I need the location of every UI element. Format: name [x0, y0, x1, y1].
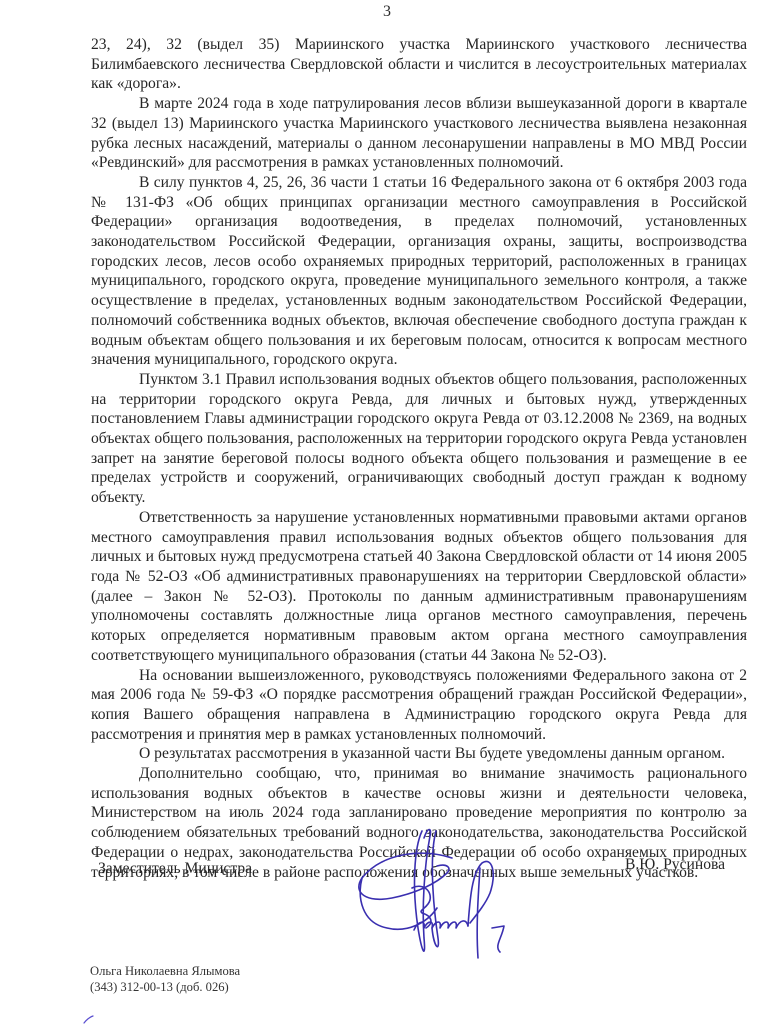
signatory-position: Заместитель Министра — [98, 860, 252, 878]
paragraph-1: 23, 24), 32 (выдел 35) Мариинского участ… — [91, 35, 747, 94]
signatory-name: В.Ю. Русинова — [625, 856, 725, 874]
paragraph-7: О результатах рассмотрения в указанной ч… — [91, 744, 747, 764]
paragraph-4: Пунктом 3.1 Правил использования водных … — [91, 370, 747, 508]
letter-body: 23, 24), 32 (выдел 35) Мариинского участ… — [91, 35, 747, 882]
paragraph-5: Ответственность за нарушение установленн… — [91, 508, 747, 666]
executor-phone: (343) 312-00-13 (доб. 026) — [90, 979, 240, 995]
paragraph-3: В силу пунктов 4, 25, 26, 36 части 1 ста… — [91, 173, 747, 370]
paragraph-6: На основании вышеизложенного, руководств… — [91, 666, 747, 745]
handwritten-signature-icon — [352, 828, 537, 963]
ink-mark-icon — [82, 1014, 96, 1024]
paragraph-2: В марте 2024 года в ходе патрулирования … — [91, 94, 747, 173]
executor-name: Ольга Николаевна Ялымова — [90, 963, 240, 979]
executor-info: Ольга Николаевна Ялымова (343) 312-00-13… — [90, 963, 240, 995]
page-number: 3 — [0, 3, 774, 21]
